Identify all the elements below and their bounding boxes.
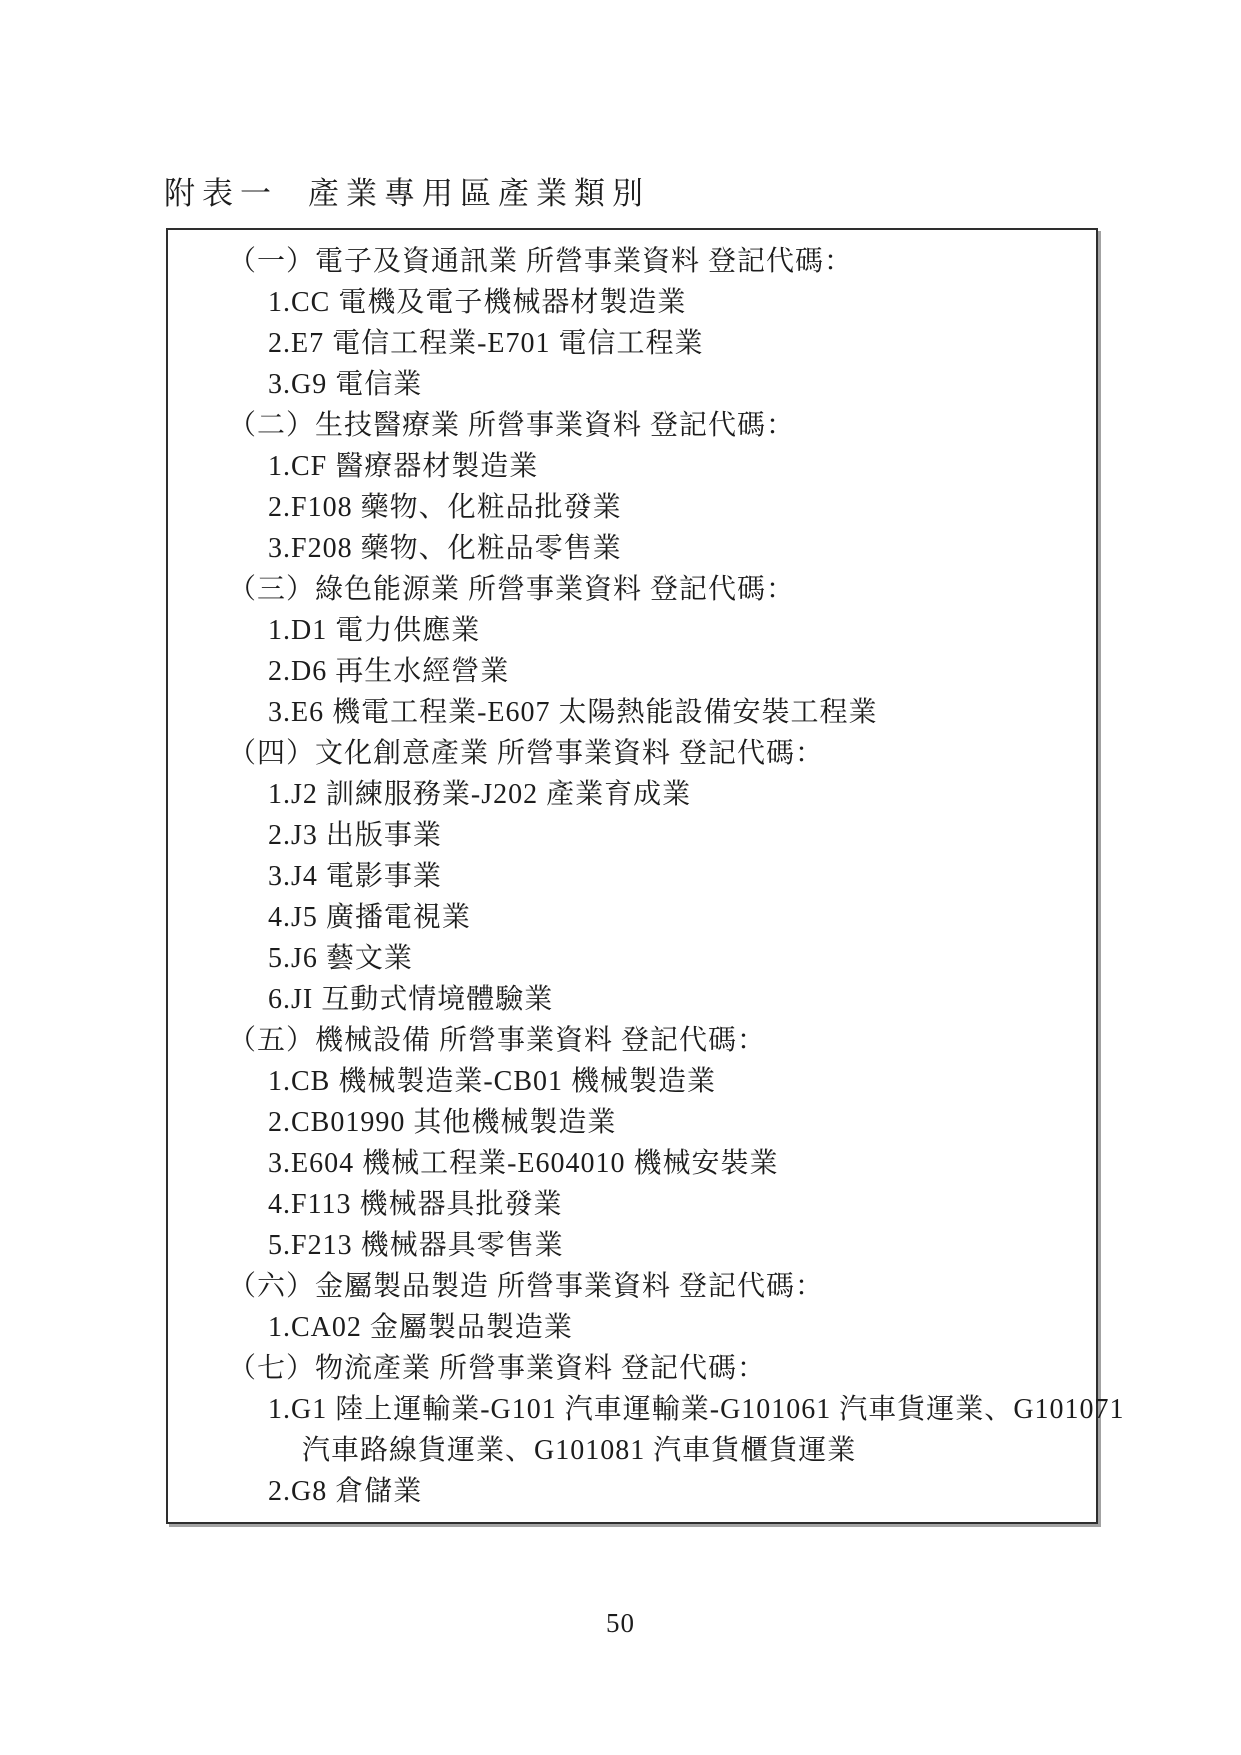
section-header: （五）機械設備 所營事業資料 登記代碼：: [168, 1020, 1096, 1061]
section-group: （一）電子及資通訊業 所營事業資料 登記代碼： 1.CC 電機及電子機械器材製造…: [168, 241, 1096, 405]
list-item: 2.G8 倉儲業: [168, 1471, 1096, 1512]
list-item: 2.CB01990 其他機械製造業: [168, 1102, 1096, 1143]
list-item: 1.G1 陸上運輸業-G101 汽車運輸業-G101061 汽車貨運業、G101…: [168, 1389, 1096, 1471]
section-header: （四）文化創意產業 所營事業資料 登記代碼：: [168, 733, 1096, 774]
section-group: （四）文化創意產業 所營事業資料 登記代碼： 1.J2 訓練服務業-J202 產…: [168, 733, 1096, 1020]
industry-category-table: （一）電子及資通訊業 所營事業資料 登記代碼： 1.CC 電機及電子機械器材製造…: [166, 228, 1098, 1524]
list-item: 3.G9 電信業: [168, 364, 1096, 405]
page-number: 50: [0, 1608, 1241, 1639]
list-item: 4.F113 機械器具批發業: [168, 1184, 1096, 1225]
section-header: （六）金屬製品製造 所營事業資料 登記代碼：: [168, 1266, 1096, 1307]
section-group: （五）機械設備 所營事業資料 登記代碼： 1.CB 機械製造業-CB01 機械製…: [168, 1020, 1096, 1266]
list-item: 2.J3 出版事業: [168, 815, 1096, 856]
page-title: 附表一產業專用區產業類別: [164, 168, 650, 213]
list-item: 3.E6 機電工程業-E607 太陽熱能設備安裝工程業: [168, 692, 1096, 733]
list-item: 5.J6 藝文業: [168, 938, 1096, 979]
section-group: （六）金屬製品製造 所營事業資料 登記代碼： 1.CA02 金屬製品製造業: [168, 1266, 1096, 1348]
section-header: （一）電子及資通訊業 所營事業資料 登記代碼：: [168, 241, 1096, 282]
list-item: 6.JI 互動式情境體驗業: [168, 979, 1096, 1020]
list-item: 1.CA02 金屬製品製造業: [168, 1307, 1096, 1348]
list-item: 3.E604 機械工程業-E604010 機械安裝業: [168, 1143, 1096, 1184]
list-item: 2.E7 電信工程業-E701 電信工程業: [168, 323, 1096, 364]
list-item: 1.CB 機械製造業-CB01 機械製造業: [168, 1061, 1096, 1102]
list-item: 2.F108 藥物、化粧品批發業: [168, 487, 1096, 528]
list-item: 3.J4 電影事業: [168, 856, 1096, 897]
list-item: 2.D6 再生水經營業: [168, 651, 1096, 692]
list-item: 3.F208 藥物、化粧品零售業: [168, 528, 1096, 569]
section-header: （二）生技醫療業 所營事業資料 登記代碼：: [168, 405, 1096, 446]
list-item: 1.CF 醫療器材製造業: [168, 446, 1096, 487]
section-header: （三）綠色能源業 所營事業資料 登記代碼：: [168, 569, 1096, 610]
list-item: 1.J2 訓練服務業-J202 產業育成業: [168, 774, 1096, 815]
list-item: 1.CC 電機及電子機械器材製造業: [168, 282, 1096, 323]
page-title-label: 附表一: [164, 176, 278, 211]
list-item: 5.F213 機械器具零售業: [168, 1225, 1096, 1266]
section-header: （七）物流產業 所營事業資料 登記代碼：: [168, 1348, 1096, 1389]
section-group: （三）綠色能源業 所營事業資料 登記代碼： 1.D1 電力供應業 2.D6 再生…: [168, 569, 1096, 733]
list-item: 1.D1 電力供應業: [168, 610, 1096, 651]
page-title-text: 產業專用區產業類別: [308, 176, 650, 211]
section-group: （二）生技醫療業 所營事業資料 登記代碼： 1.CF 醫療器材製造業 2.F10…: [168, 405, 1096, 569]
section-group: （七）物流產業 所營事業資料 登記代碼： 1.G1 陸上運輸業-G101 汽車運…: [168, 1348, 1096, 1512]
list-item: 4.J5 廣播電視業: [168, 897, 1096, 938]
